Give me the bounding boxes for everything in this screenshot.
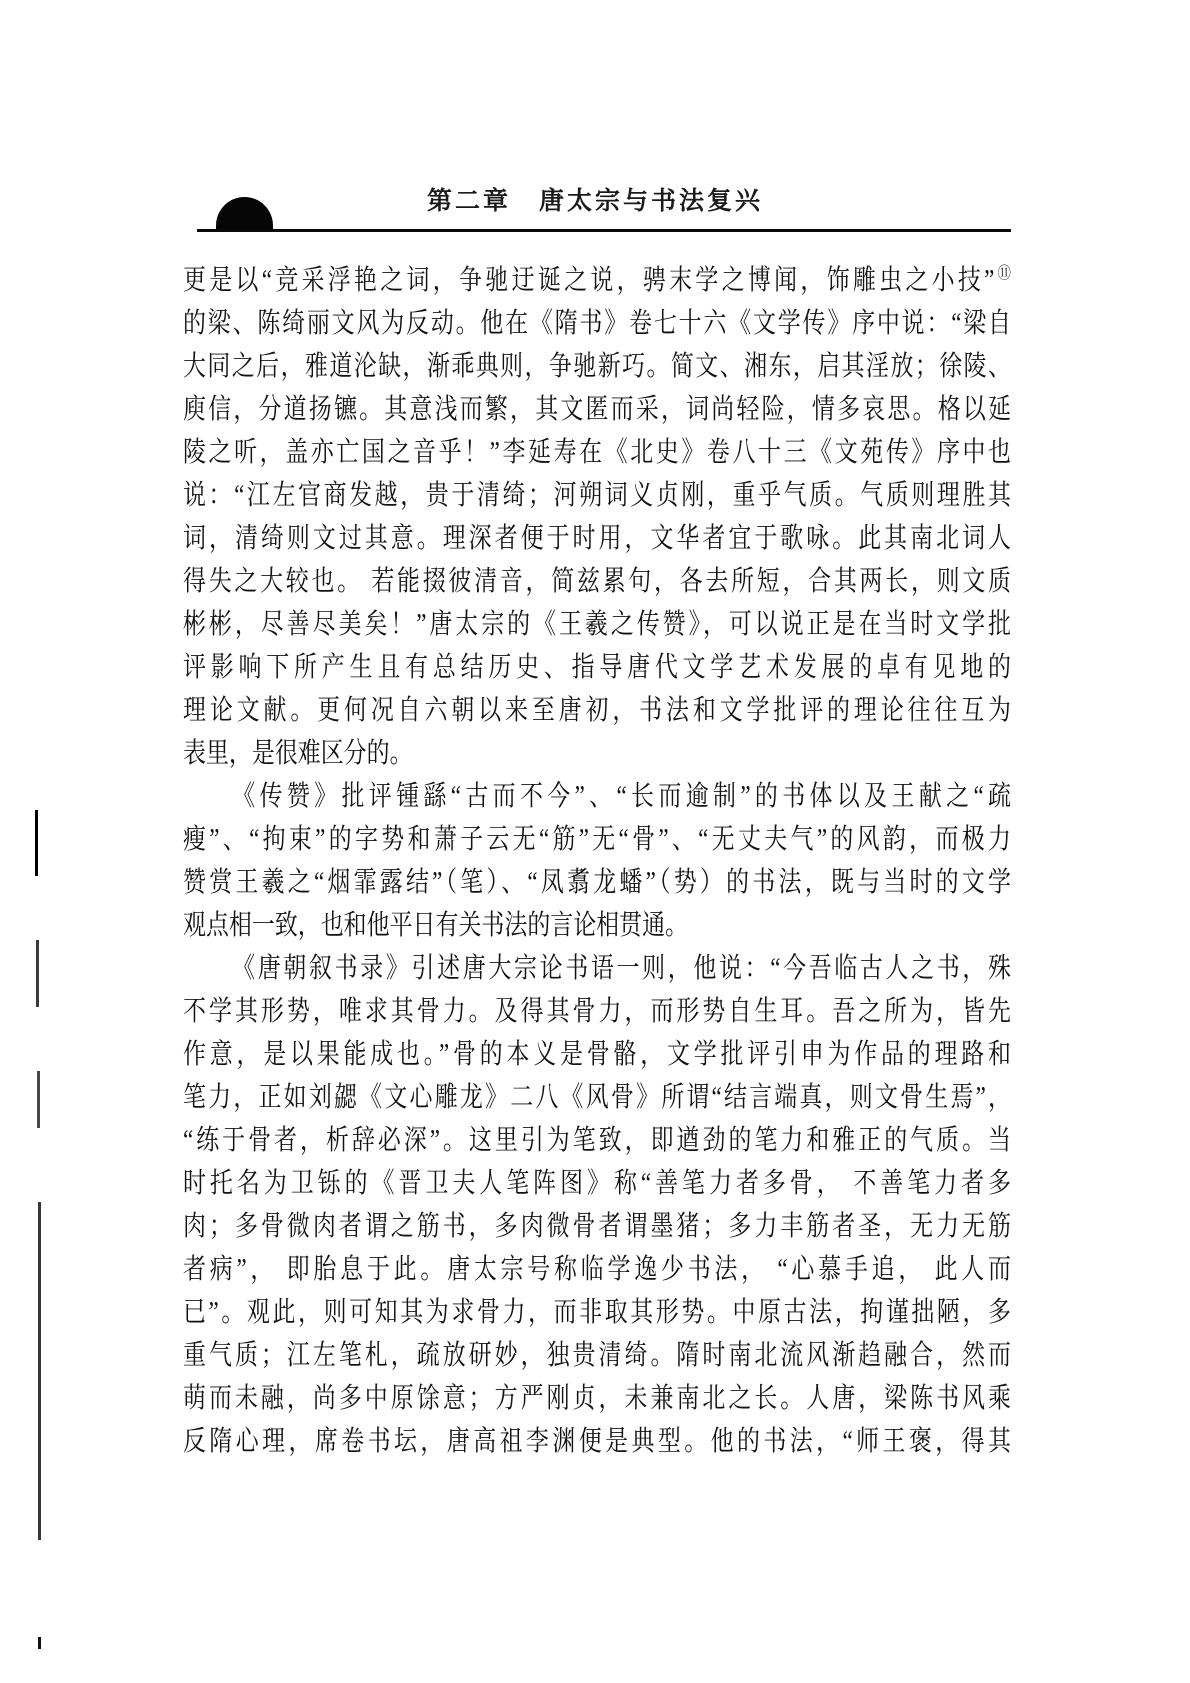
chapter-title: 第二章 唐太宗与书法复兴 bbox=[180, 181, 1010, 217]
margin-mark bbox=[35, 810, 38, 876]
text-line: 肉；多骨微肉者谓之筋书，多肉微骨者谓墨猪；多力丰筋者圣，无力无筋 bbox=[183, 1205, 1011, 1248]
scanned-book-page: 第二章 唐太宗与书法复兴 更是以“竞采浮艳之词，争驰迂诞之说，骋末学之博闻，饰雕… bbox=[0, 0, 1190, 1683]
text-line: 评影响下所产生且有总结历史、指导唐代文学艺术发展的卓有见地的 bbox=[183, 646, 1011, 689]
text-line: 的梁、陈绮丽文风为反动。他在《隋书》卷七十六《文学传》序中说：“梁自 bbox=[183, 302, 1011, 345]
text-line: 者病”， 即胎息于此。唐太宗号称临学逸少书法， “心慕手追， 此人而 bbox=[183, 1248, 1011, 1291]
footnote-marker: ⑪ bbox=[994, 265, 1011, 283]
text-line: 说：“江左官商发越，贵于清绮；河朔词义贞刚，重乎气质。气质则理胜其 bbox=[183, 474, 1011, 517]
text-line: 不学其形势，唯求其骨力。及得其骨力，而形势自生耳。吾之所为，皆先 bbox=[183, 990, 1011, 1033]
text-line: 词，清绮则文过其意。理深者便于时用，文华者宜于歌咏。此其南北词人 bbox=[183, 517, 1011, 560]
text-line: 表里，是很难区分的。 bbox=[183, 732, 1011, 775]
margin-mark bbox=[37, 1071, 40, 1128]
text-line: “练于骨者，析辞必深”。这里引为笔致，即遒劲的笔力和雅正的气质。当 bbox=[183, 1119, 1011, 1162]
text-line: 瘦”、“拘束”的字势和萧子云无“筋”无“骨”、“无丈夫气”的风韵，而极力 bbox=[183, 818, 1011, 861]
text-line: 作意，是以果能成也。”骨的本义是骨骼，文学批评引申为作品的理路和 bbox=[183, 1033, 1011, 1076]
page-header: 第二章 唐太宗与书法复兴 bbox=[0, 0, 1190, 240]
text-line: 庾信，分道扬镳。其意浅而繁，其文匿而采，词尚轻险，情多哀思。格以延 bbox=[183, 388, 1011, 431]
text-line: 萌而未融，尚多中原馀意；方严刚贞，未兼南北之长。人唐，梁陈书风乘 bbox=[183, 1377, 1011, 1420]
body-text: 更是以“竞采浮艳之词，争驰迂诞之说，骋末学之博闻，饰雕虫之小技”⑪的梁、陈绮丽文… bbox=[183, 259, 1011, 1463]
text-line: 已”。观此，则可知其为求骨力，而非取其形势。中原古法，拘谨拙陋，多 bbox=[183, 1291, 1011, 1334]
header-rule bbox=[197, 229, 1011, 232]
text-line: 反隋心理，席卷书坛，唐高祖李渊便是典型。他的书法，“师王褒，得其 bbox=[183, 1420, 1011, 1463]
text-line: 理论文献。更何况自六朝以来至唐初，书法和文学批评的理论往往互为 bbox=[183, 689, 1011, 732]
text-line: 笔力，正如刘勰《文心雕龙》二八《风骨》所谓“结言端真，则文骨生焉”， bbox=[183, 1076, 1011, 1119]
text-line: 彬彬，尽善尽美矣！”唐太宗的《王羲之传赞》，可以说正是在当时文学批 bbox=[183, 603, 1011, 646]
text-line: 大同之后，雅道沦缺，渐乖典则，争驰新巧。简文、湘东，启其淫放；徐陵、 bbox=[183, 345, 1011, 388]
text-line: 《唐朝叙书录》引述唐大宗论书语一则，他说：“今吾临古人之书，殊 bbox=[183, 947, 1011, 990]
text-line: 得失之大较也。 若能掇彼清音，简兹累句，各去所短，合其两长，则文质 bbox=[183, 560, 1011, 603]
text-line: 更是以“竞采浮艳之词，争驰迂诞之说，骋末学之博闻，饰雕虫之小技”⑪ bbox=[183, 259, 1011, 302]
text-line: 赞赏王羲之“烟霏露结”（笔）、“凤翥龙蟠”（势）的书法，既与当时的文学 bbox=[183, 861, 1011, 904]
text-line: 观点相一致，也和他平日有关书法的言论相贯通。 bbox=[183, 904, 1011, 947]
margin-mark bbox=[36, 940, 39, 1007]
text-line: 重气质；江左笔札，疏放研妙，独贵清绮。隋时南北流风渐趋融合，然而 bbox=[183, 1334, 1011, 1377]
text-line: 《传赞》批评锺繇“古而不今”、“长而逾制”的书体以及王献之“疏 bbox=[183, 775, 1011, 818]
margin-mark bbox=[38, 1202, 41, 1540]
text-line: 陵之听，盖亦亡国之音乎！”李延寿在《北史》卷八十三《文苑传》序中也 bbox=[183, 431, 1011, 474]
margin-mark bbox=[38, 1637, 41, 1649]
text-line: 时托名为卫铄的《晋卫夫人笔阵图》称“善笔力者多骨， 不善笔力者多 bbox=[183, 1162, 1011, 1205]
